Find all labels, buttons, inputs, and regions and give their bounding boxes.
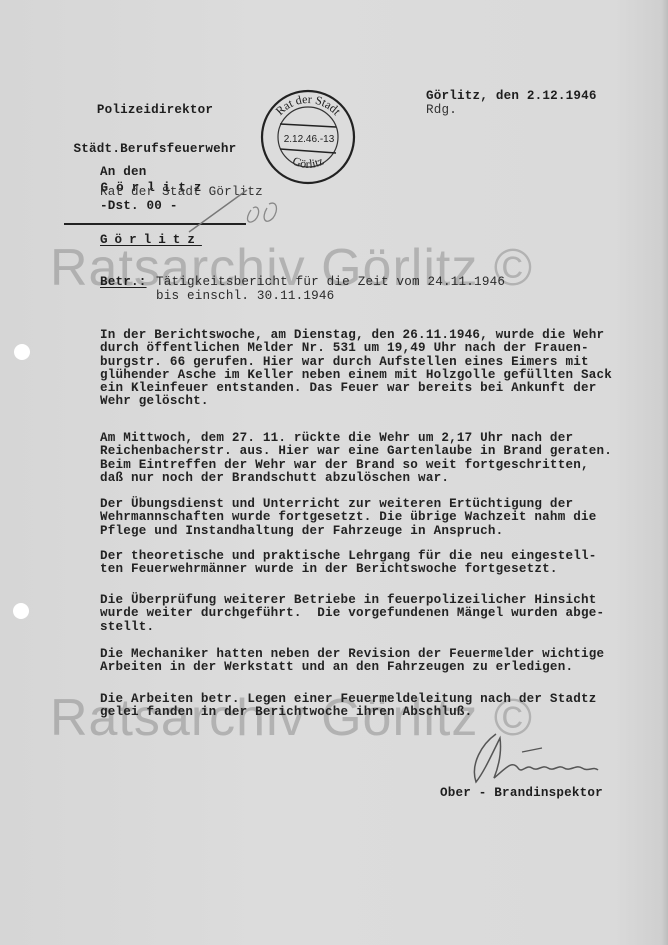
handwritten-signature-icon xyxy=(462,724,612,794)
subject-label: Betr.: xyxy=(100,276,147,289)
svg-text:Rat der Stadt: Rat der Stadt xyxy=(273,92,344,118)
sender-line-2: Städt.Berufsfeuerwehr xyxy=(64,143,246,156)
subject-line-2: bis einschl. 30.11.1946 xyxy=(156,290,334,303)
recipient-line-1: An den xyxy=(100,166,147,179)
paragraph-6: Die Mechaniker hatten neben der Revision… xyxy=(100,648,604,675)
recipient-line-3: -Dst. 00 - xyxy=(100,200,178,213)
paragraph-5: Die Überprüfung weiterer Betriebe in feu… xyxy=(100,594,604,634)
paragraph-1: In der Berichtswoche, am Dienstag, den 2… xyxy=(100,329,612,409)
reference-mark: Rdg. xyxy=(426,104,457,117)
paragraph-3: Der Übungsdienst und Unterricht zur weit… xyxy=(100,498,596,538)
stamp-date-text: 2.12.46.-13 xyxy=(284,134,335,145)
received-stamp-icon: Rat der Stadt Görlitz 2.12.46.-13 xyxy=(258,87,358,187)
signatory-title: Ober - Brandinspektor xyxy=(440,787,603,800)
paragraph-2: Am Mittwoch, dem 27. 11. rückte die Wehr… xyxy=(100,432,612,485)
punch-hole-bottom xyxy=(13,603,29,619)
stamp-bottom-text: Görlitz xyxy=(290,154,325,171)
scanned-document-page: Ratsarchiv Görlitz © Ratsarchiv Görlitz … xyxy=(0,0,668,945)
punch-hole-top xyxy=(14,344,30,360)
paragraph-4: Der theoretische und praktische Lehrgang… xyxy=(100,550,596,577)
stamp-top-text: Rat der Stadt xyxy=(273,92,344,118)
subject-line-1: Tätigkeitsbericht für die Zeit vom 24.11… xyxy=(156,276,505,289)
sender-line-1: Polizeidirektor xyxy=(64,104,246,117)
place-date: Görlitz, den 2.12.1946 xyxy=(426,90,597,103)
handwritten-mark-icon xyxy=(185,188,295,236)
svg-text:Görlitz: Görlitz xyxy=(290,154,325,171)
paragraph-7: Die Arbeiten betr. Legen einer Feuermeld… xyxy=(100,693,596,720)
